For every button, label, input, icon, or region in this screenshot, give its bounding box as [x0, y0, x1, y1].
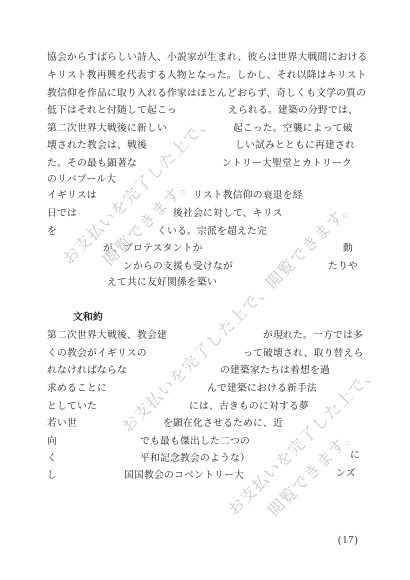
body-text-fragment: ンからの支援も受けなが — [123, 261, 233, 272]
body-text-fragment: 国国教会のコベントリー大 — [124, 470, 244, 481]
section-heading: 文和約 — [73, 312, 103, 323]
body-text-fragment: れなければならな — [47, 365, 127, 376]
body-text-fragment: んで建築における新手法 — [207, 383, 317, 394]
body-text-fragment: 壊された教会は、戦後 — [47, 140, 147, 151]
body-text-fragment: が、プロテスタントか — [103, 243, 203, 254]
body-text-fragment: のリバプール大 — [47, 174, 116, 185]
body-text-fragment: を — [47, 226, 57, 237]
body-text-fragment: が現れた。一方では多 — [263, 330, 363, 341]
body-text-fragment: た。その最も顕著な — [47, 158, 137, 169]
body-text-fragment: としていた — [47, 401, 97, 412]
body-text-fragment: の建築家たちは着想を過 — [220, 365, 330, 376]
body-text-fragment: くの教会がイギリスの — [47, 348, 147, 359]
body-text-fragment: 第二次世界大戦後、教会建 — [47, 330, 167, 341]
body-text-fragment: 日では — [47, 208, 77, 219]
body-text-fragment: ントリー大聖堂とカトリーク — [222, 158, 352, 169]
document-page: 協会からすばらしい詩人、小説家が生まれ、彼らは世界大戦間における キリスト教再興… — [0, 0, 410, 580]
body-text-fragment: 平和記念教会のような） — [140, 453, 250, 464]
body-text-fragment: しい試みとともに再建され — [235, 140, 355, 151]
body-text-fragment: く — [47, 453, 57, 464]
body-text-fragment: に — [350, 450, 360, 461]
body-text-fragment: えられる。建築の分野では、 — [228, 105, 358, 116]
body-text-fragment: えて共に友好関係を築い — [107, 277, 217, 288]
body-text-fragment: 動 — [343, 243, 353, 254]
body-text-fragment: キリスト教再興を代表する人物となった。しかし、それ以降はキリスト — [47, 70, 367, 81]
body-text-fragment: 後社会に対して、キリス — [173, 208, 283, 219]
body-text-fragment: イギリスは — [47, 190, 97, 201]
body-text-fragment: 求めることに — [47, 383, 107, 394]
body-text-fragment: には、古きものに対する夢 — [189, 401, 309, 412]
body-text-fragment: 第二次世界大戦後に新しい — [47, 123, 167, 134]
page-number: (17) — [338, 535, 359, 546]
body-text-fragment: ンズ — [336, 468, 356, 479]
body-text-fragment: リスト教信仰の衰退を経 — [193, 190, 303, 201]
body-text-fragment: でも最も傑出した二つの — [140, 436, 250, 447]
body-text-fragment: を顕在化させるために、近 — [163, 418, 283, 429]
body-text-fragment: くいる。宗派を超えた完 — [157, 226, 267, 237]
body-text-fragment: 教信仰を作品に取り入れる作家はほとんどおらず、奇しくも文学の質の — [47, 88, 366, 99]
body-text-fragment: 若い世 — [47, 418, 77, 429]
body-text-fragment: って破壊され、取り替えら — [243, 348, 364, 359]
body-text-fragment: 協会からすばらしい詩人、小説家が生まれ、彼らは世界大戦間における — [47, 52, 368, 63]
body-text-fragment: 向 — [47, 436, 57, 447]
body-text-fragment: し — [47, 470, 57, 481]
body-text-fragment: たりや — [328, 261, 358, 272]
body-text-fragment: 低下はそれと付随して起こっ — [47, 105, 177, 116]
body-text-fragment: 起こった。空襲によって破 — [233, 123, 353, 134]
